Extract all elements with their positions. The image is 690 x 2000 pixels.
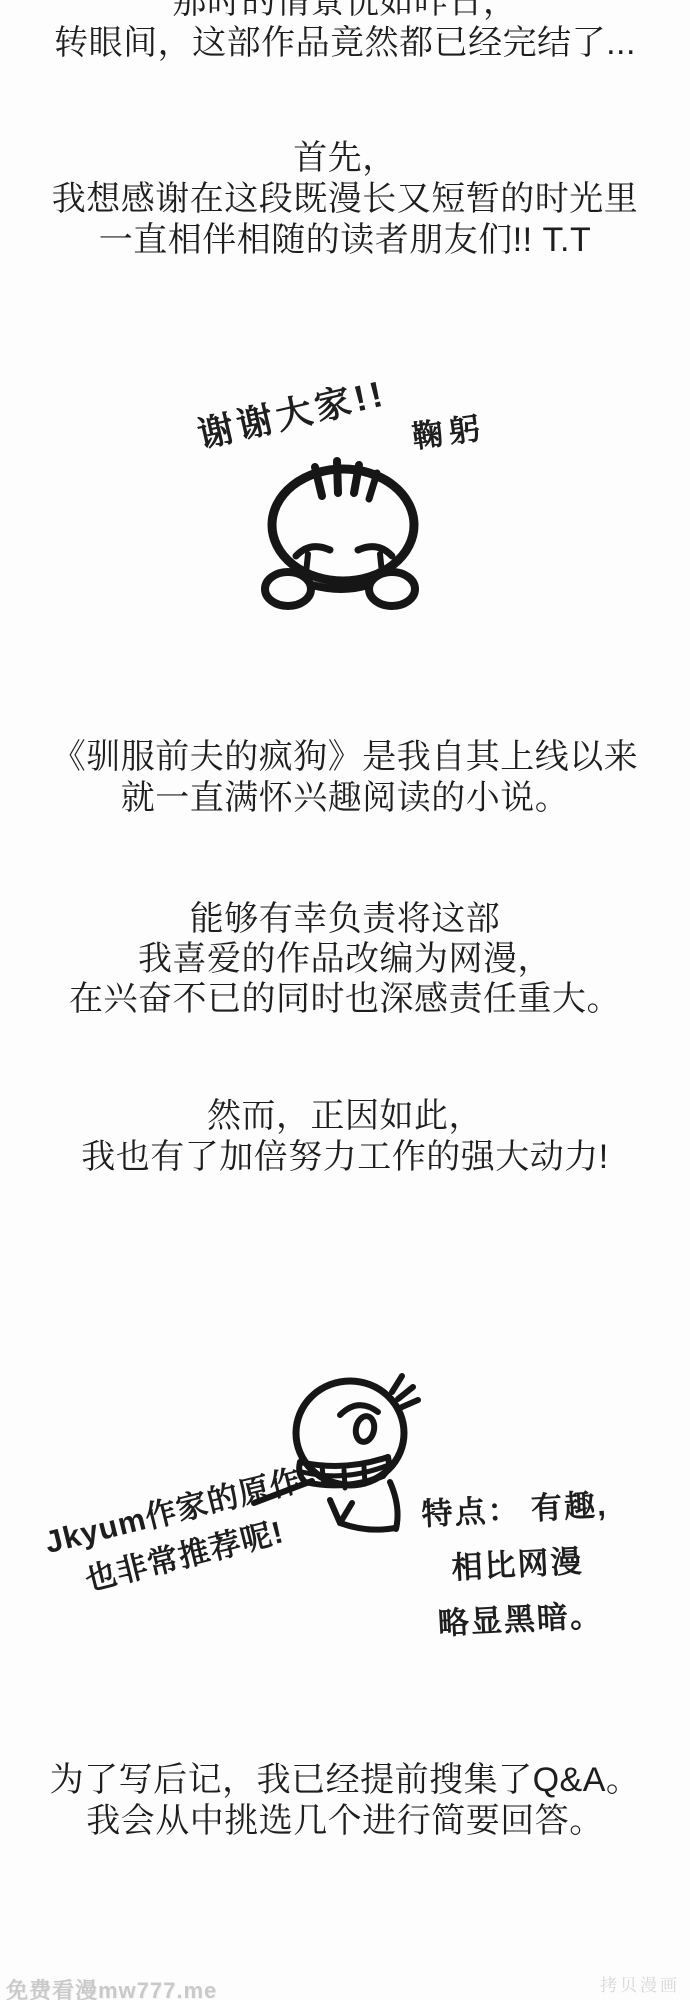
traits-line: 相比网漫 bbox=[419, 1532, 617, 1597]
adaptation-line: 我喜爱的作品改编为网漫， bbox=[0, 939, 690, 979]
traits-line: 略显黑暗。 bbox=[422, 1587, 620, 1652]
thanks-paragraph: 首先， 我想感谢在这段既漫长又短暂的时光里 一直相伴相随的读者朋友们!! T.T bbox=[0, 138, 690, 261]
adaptation-line: 在兴奋不已的同时也深感责任重大。 bbox=[0, 979, 690, 1019]
novel-line: 就一直满怀兴趣阅读的小说。 bbox=[0, 778, 690, 819]
novel-paragraph: 《驯服前夫的疯狗》是我自其上线以来 就一直满怀兴趣阅读的小说。 bbox=[0, 737, 690, 819]
bowing-creature-doodle bbox=[255, 455, 425, 615]
thanks-line: 一直相伴相随的读者朋友们!! T.T bbox=[0, 220, 690, 261]
handwritten-traits: 特点： 有趣, 相比网漫 略显黑暗。 bbox=[416, 1477, 619, 1652]
novel-line: 《驯服前夫的疯狗》是我自其上线以来 bbox=[0, 737, 690, 778]
thanks-line: 我想感谢在这段既漫长又短暂的时光里 bbox=[0, 179, 690, 220]
qa-paragraph: 为了写后记，我已经提前搜集了Q&A。 我会从中挑选几个进行简要回答。 bbox=[0, 1760, 690, 1842]
motivation-line: 我也有了加倍努力工作的强大动力! bbox=[0, 1137, 690, 1178]
adaptation-line: 能够有幸负责将这部 bbox=[0, 899, 690, 939]
intro-line: 那时的情景恍如昨日， bbox=[0, 0, 690, 23]
handwritten-thanks: 谢谢大家!! bbox=[192, 365, 391, 458]
intro-line: 转眼间，这部作品竟然都已经完结了... bbox=[0, 23, 690, 64]
grinning-character-doodle bbox=[240, 1372, 430, 1557]
adaptation-paragraph: 能够有幸负责将这部 我喜爱的作品改编为网漫， 在兴奋不已的同时也深感责任重大。 bbox=[0, 899, 690, 1019]
motivation-paragraph: 然而，正因如此， 我也有了加倍努力工作的强大动力! bbox=[0, 1096, 690, 1178]
qa-line: 我会从中挑选几个进行简要回答。 bbox=[0, 1801, 690, 1842]
traits-line: 特点： 有趣, bbox=[416, 1477, 614, 1542]
scanlation-watermark: 拷贝漫画 bbox=[600, 1971, 680, 1996]
intro-paragraph: 那时的情景恍如昨日， 转眼间，这部作品竟然都已经完结了... bbox=[0, 0, 690, 64]
site-watermark: 免费看漫mw777.me bbox=[6, 1974, 217, 2000]
thanks-line: 首先， bbox=[0, 138, 690, 179]
manhwa-afterword-page: 那时的情景恍如昨日， 转眼间，这部作品竟然都已经完结了... 首先， 我想感谢在… bbox=[0, 0, 690, 2000]
qa-line: 为了写后记，我已经提前搜集了Q&A。 bbox=[0, 1760, 690, 1801]
motivation-line: 然而，正因如此， bbox=[0, 1096, 690, 1137]
handwritten-bow: 鞠躬 bbox=[409, 402, 489, 457]
